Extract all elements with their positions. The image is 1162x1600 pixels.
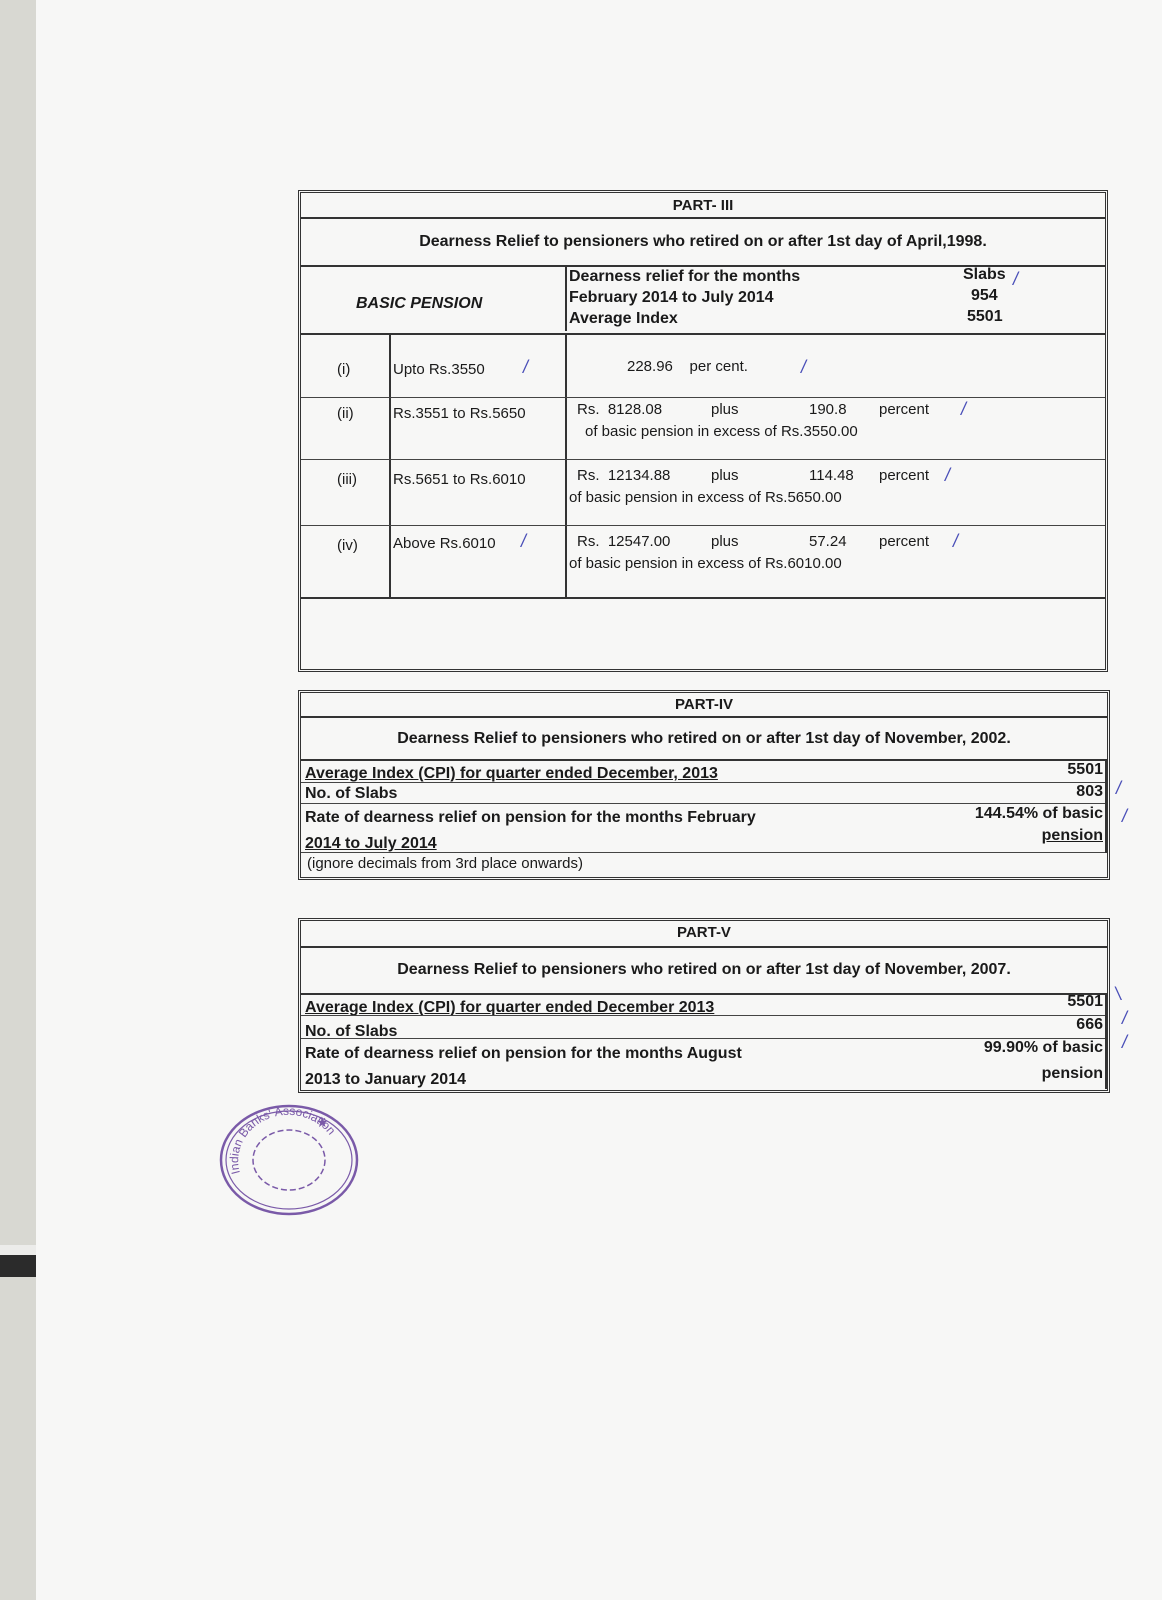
association-stamp: Indian Banks' Association ★ <box>218 1103 360 1217</box>
row-i-num: (i) <box>337 361 350 378</box>
row-iv-base: Rs. 12547.00 <box>577 533 670 550</box>
tick-mark: / <box>945 465 950 486</box>
row-ii-base: Rs. 8128.08 <box>577 401 662 418</box>
row-ii-range: Rs.3551 to Rs.5650 <box>393 405 526 422</box>
tick-mark: / <box>1122 1032 1127 1053</box>
divider <box>301 397 1105 398</box>
part4-avg-index-value: 5501 <box>1067 761 1103 779</box>
part5-subtitle: Dearness Relief to pensioners who retire… <box>301 961 1107 979</box>
divider <box>301 1015 1107 1016</box>
row-iv-detail: of basic pension in excess of Rs.6010.00 <box>569 555 842 572</box>
tick-mark: / <box>1116 778 1121 799</box>
divider <box>301 782 1107 783</box>
divider <box>301 597 1105 599</box>
scan-edge-dark-band <box>0 1255 36 1277</box>
divider <box>301 459 1105 460</box>
dr-months-line2: February 2014 to July 2014 <box>569 289 774 307</box>
row-ii-num: (ii) <box>337 405 354 422</box>
tick-mark: / <box>1122 1008 1127 1029</box>
part4-slabs-value: 803 <box>1076 783 1103 801</box>
part3-subtitle: Dearness Relief to pensioners who retire… <box>301 233 1105 251</box>
scan-edge-highlight <box>0 1245 36 1255</box>
divider <box>389 335 391 597</box>
part5-rate-value-line1: 99.90% of basic <box>984 1039 1103 1057</box>
divider <box>301 946 1107 948</box>
part5-table: PART-V Dearness Relief to pensioners who… <box>298 918 1110 1093</box>
part4-slabs-label: No. of Slabs <box>305 785 397 803</box>
tick-mark: / <box>1122 806 1127 827</box>
divider <box>301 803 1107 804</box>
row-iii-num: (iii) <box>337 471 357 488</box>
row-ii-percent: percent <box>879 401 929 418</box>
part5-slabs-value: 666 <box>1076 1016 1103 1034</box>
basic-pension-label: BASIC PENSION <box>356 295 482 313</box>
part4-table: PART-IV Dearness Relief to pensioners wh… <box>298 690 1110 880</box>
divider <box>301 852 1107 853</box>
part4-subtitle: Dearness Relief to pensioners who retire… <box>301 730 1107 748</box>
dr-months-line1: Dearness relief for the months <box>569 268 800 286</box>
part4-rate-label-line1: Rate of dearness relief on pension for t… <box>305 809 756 827</box>
row-iv-percent: percent <box>879 533 929 550</box>
divider <box>301 525 1105 526</box>
scan-edge-strip <box>0 0 36 1600</box>
row-i-range: Upto Rs.3550 <box>393 361 485 378</box>
part4-rate-value-line1: 144.54% of basic <box>975 805 1103 823</box>
tick-mark: / <box>521 531 526 552</box>
slabs-label: Slabs <box>963 266 1006 284</box>
part4-avg-index-label: Average Index (CPI) for quarter ended De… <box>305 765 718 783</box>
row-i-rate: 228.96 per cent. <box>627 358 748 375</box>
row-iii-detail: of basic pension in excess of Rs.5650.00 <box>569 489 842 506</box>
part5-rate-label-line2: 2013 to January 2014 <box>305 1071 466 1089</box>
row-ii-detail: of basic pension in excess of Rs.3550.00 <box>585 423 858 440</box>
divider <box>301 217 1105 219</box>
tick-mark: / <box>1116 984 1121 1005</box>
row-iii-pct: 114.48 <box>809 467 854 484</box>
row-iv-pct: 57.24 <box>809 533 847 550</box>
average-index-value: 5501 <box>967 308 1003 326</box>
divider <box>565 335 567 597</box>
part5-rate-value-line2: pension <box>1042 1065 1103 1083</box>
row-ii-pct: 190.8 <box>809 401 847 418</box>
part3-table: PART- III Dearness Relief to pensioners … <box>298 190 1108 672</box>
divider <box>301 333 1105 335</box>
part4-note: (ignore decimals from 3rd place onwards) <box>307 855 583 872</box>
tick-mark: / <box>801 357 806 378</box>
row-iv-num: (iv) <box>337 537 358 554</box>
slabs-value: 954 <box>971 287 998 305</box>
part5-avg-index-value: 5501 <box>1067 993 1103 1011</box>
row-ii-plus: plus <box>711 401 739 418</box>
stamp-star-icon: ★ <box>316 1114 329 1130</box>
row-iii-plus: plus <box>711 467 739 484</box>
tick-mark: / <box>1013 269 1018 290</box>
tick-mark: / <box>953 531 958 552</box>
divider <box>1105 995 1107 1089</box>
divider <box>1105 761 1107 853</box>
part5-title: PART-V <box>301 924 1107 941</box>
row-iii-range: Rs.5651 to Rs.6010 <box>393 471 526 488</box>
row-iii-base: Rs. 12134.88 <box>577 467 670 484</box>
part4-title: PART-IV <box>301 696 1107 713</box>
tick-mark: / <box>523 357 528 378</box>
row-iii-percent: percent <box>879 467 929 484</box>
part4-rate-value-line2: pension <box>1042 827 1103 845</box>
average-index-label: Average Index <box>569 310 678 328</box>
divider <box>301 716 1107 718</box>
divider <box>301 759 1107 761</box>
divider <box>301 993 1107 995</box>
row-iv-plus: plus <box>711 533 739 550</box>
divider <box>565 267 567 331</box>
part4-rate-label-line2: 2014 to July 2014 <box>305 835 437 853</box>
tick-mark: / <box>961 399 966 420</box>
part5-rate-label-line1: Rate of dearness relief on pension for t… <box>305 1045 742 1063</box>
part3-title: PART- III <box>301 197 1105 214</box>
row-iv-range: Above Rs.6010 <box>393 535 496 552</box>
